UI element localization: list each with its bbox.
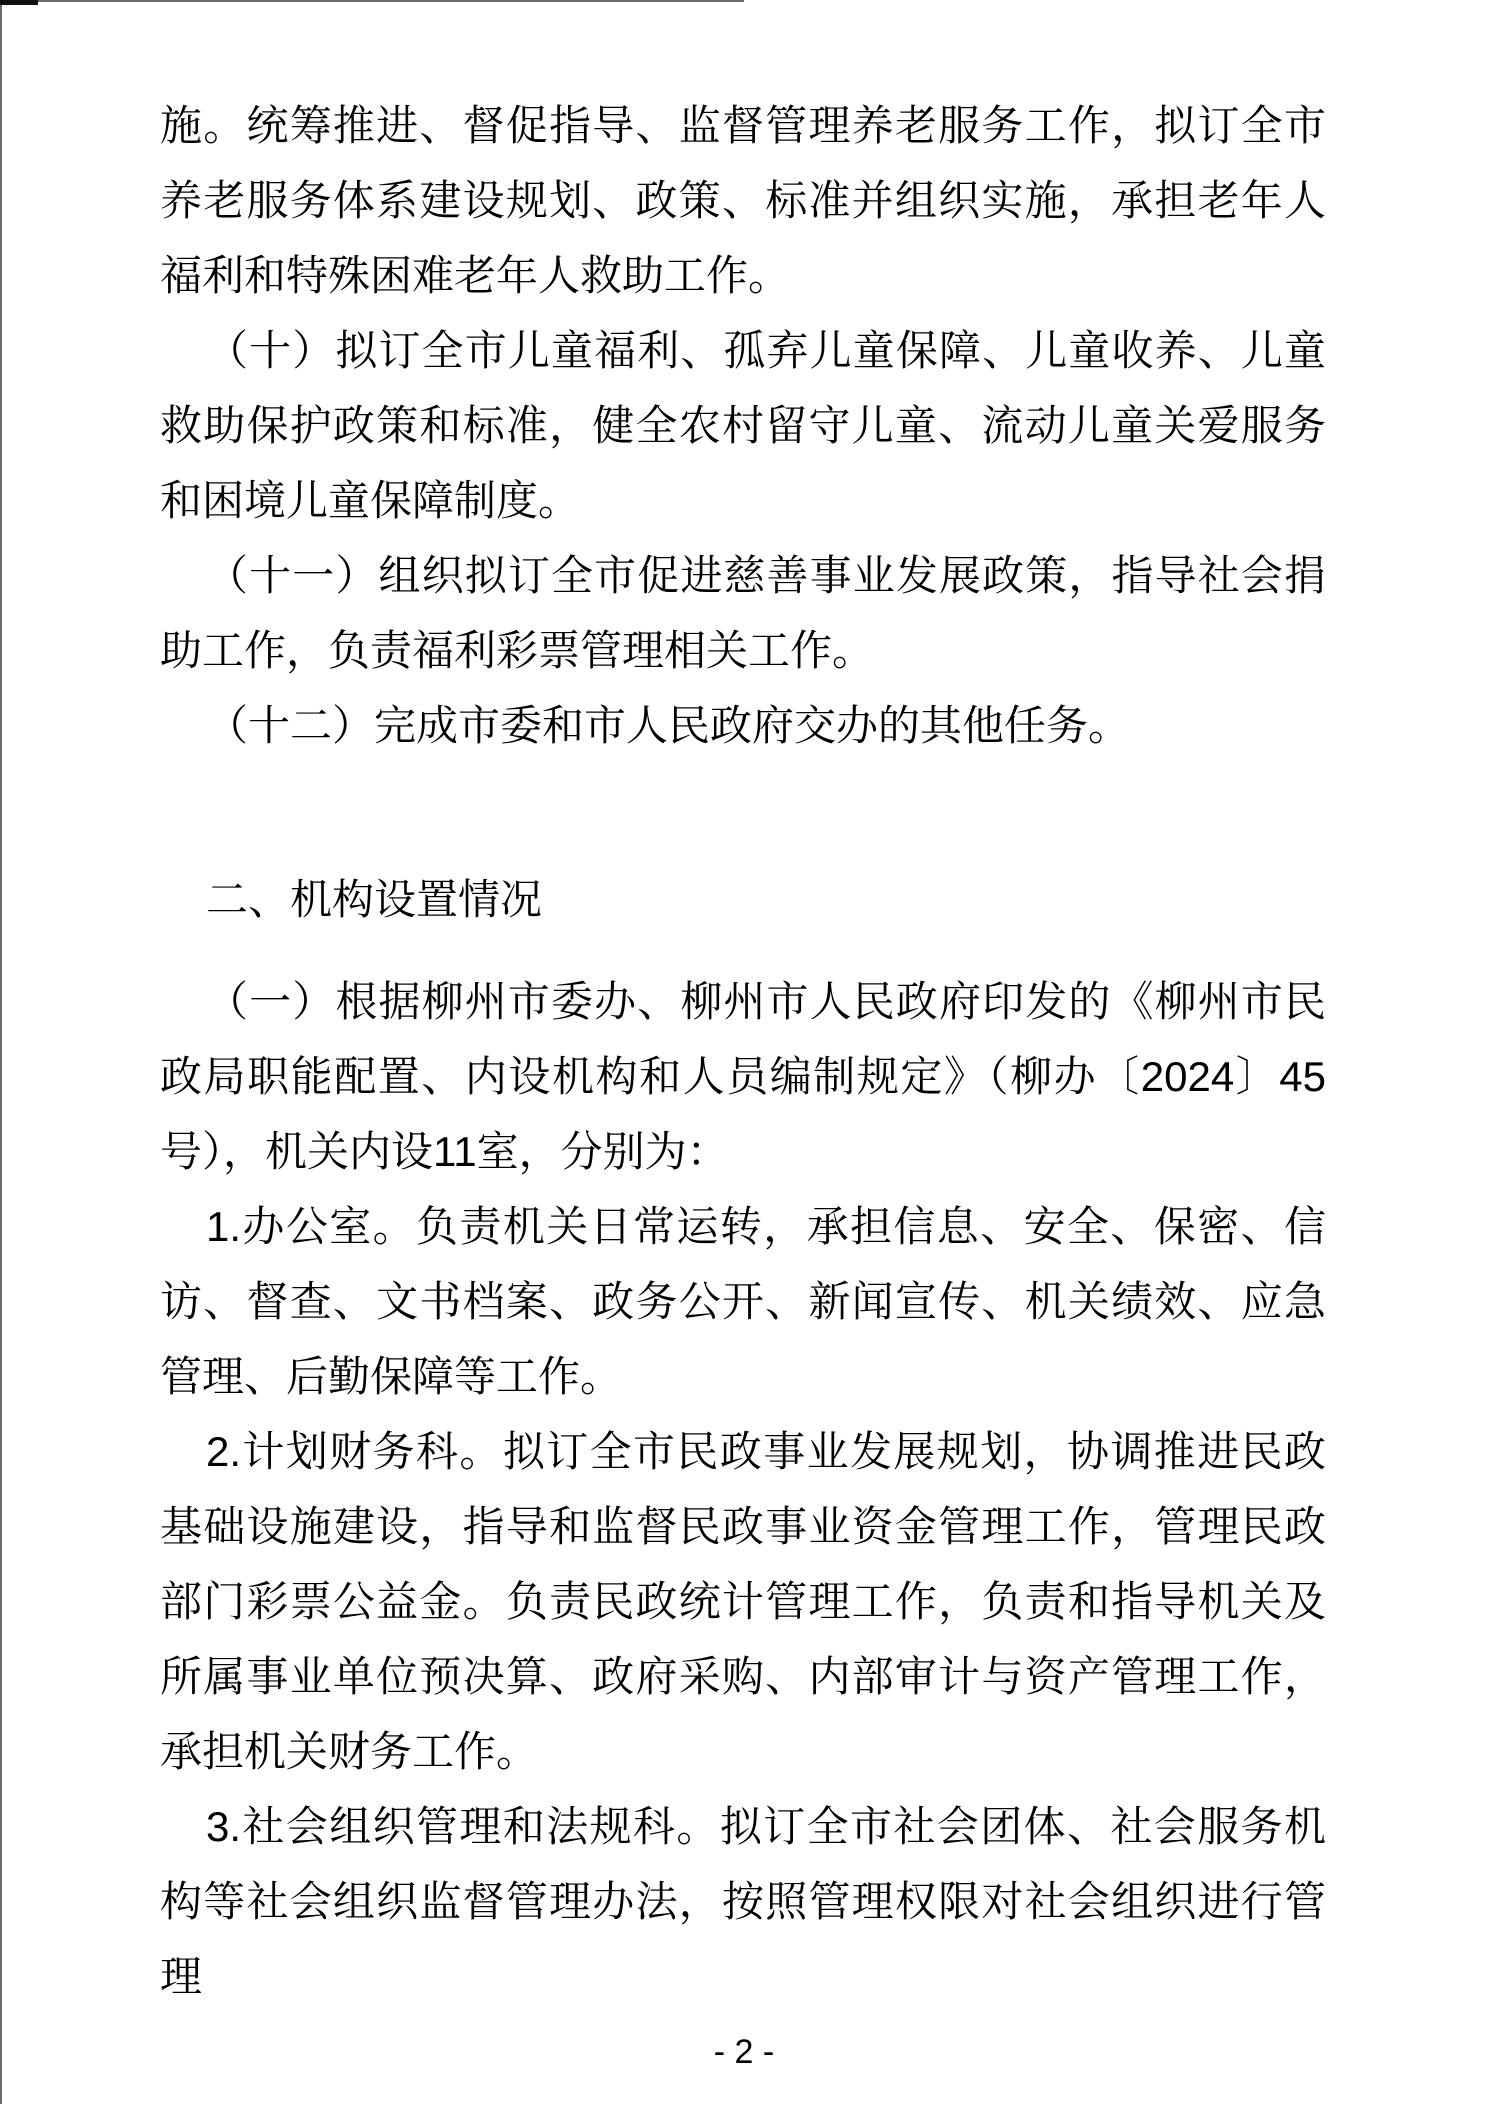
section-heading: 二、机构设置情况: [160, 862, 1326, 937]
paragraph-item-10: （十）拟订全市儿童福利、孤弃儿童保障、儿童收养、儿童救助保护政策和标准，健全农村…: [160, 313, 1326, 538]
scan-corner-artifact: [0, 0, 38, 5]
page-number: - 2 -: [0, 2032, 1488, 2072]
paragraph-item-12: （十二）完成市委和市人民政府交办的其他任务。: [160, 688, 1326, 763]
document-page: 施。统筹推进、督促指导、监督管理养老服务工作，拟订全市养老服务体系建设规划、政策…: [0, 0, 1488, 2104]
paragraph-subsection-1: （一）根据柳州市委办、柳州市人民政府印发的《柳州市民政局职能配置、内设机构和人员…: [160, 964, 1326, 1189]
scan-edge-top: [0, 0, 744, 2]
document-body: 施。统筹推进、督促指导、监督管理养老服务工作，拟订全市养老服务体系建设规划、政策…: [160, 88, 1326, 2014]
paragraph-continued: 施。统筹推进、督促指导、监督管理养老服务工作，拟订全市养老服务体系建设规划、政策…: [160, 88, 1326, 313]
paragraph-office-1: 1.办公室。负责机关日常运转，承担信息、安全、保密、信访、督查、文书档案、政务公…: [160, 1189, 1326, 1414]
paragraph-office-2: 2.计划财务科。拟订全市民政事业发展规划，协调推进民政基础设施建设，指导和监督民…: [160, 1414, 1326, 1789]
paragraph-item-11: （十一）组织拟订全市促进慈善事业发展政策，指导社会捐助工作，负责福利彩票管理相关…: [160, 538, 1326, 688]
scan-edge-left: [0, 0, 2, 2104]
paragraph-office-3: 3.社会组织管理和法规科。拟订全市社会团体、社会服务机构等社会组织监督管理办法，…: [160, 1789, 1326, 2014]
